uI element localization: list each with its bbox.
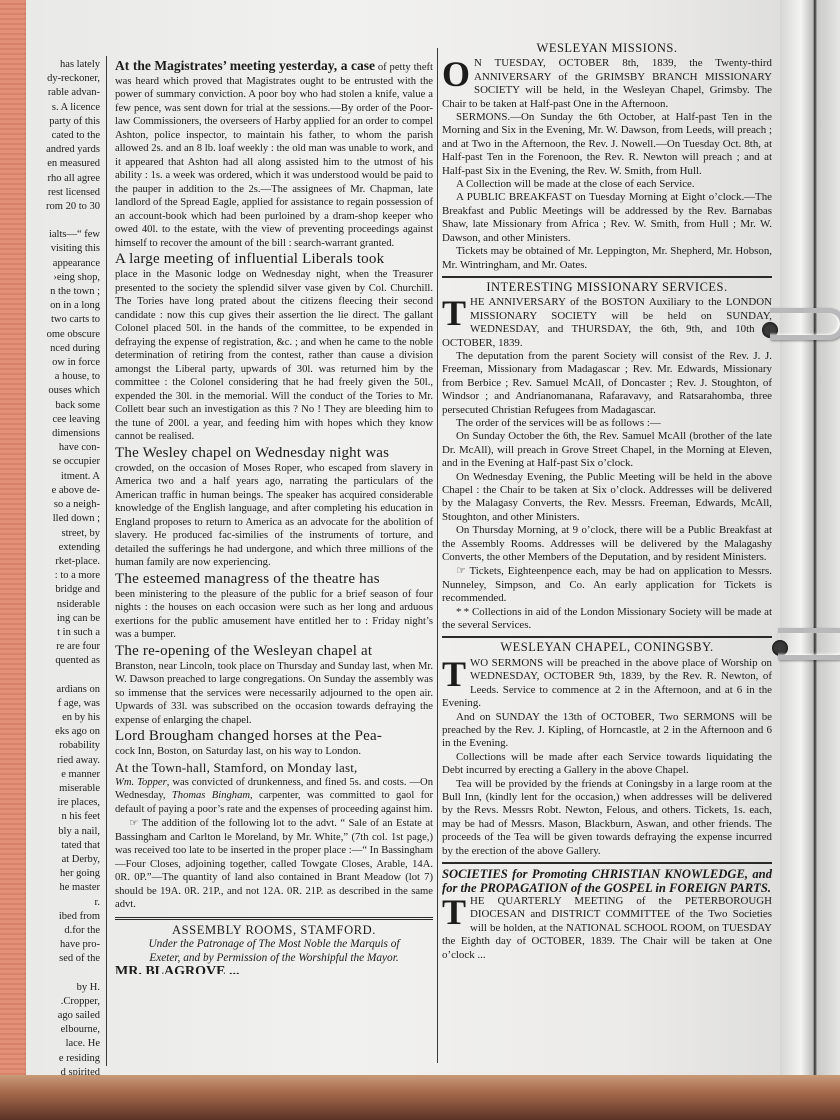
binder-ring [778,628,840,660]
article-theatre: The esteemed managress of the theatre ha… [115,571,433,642]
column-1-line: tated that [30,839,100,853]
column-1-line: extending [30,541,100,555]
desk-surface [0,1075,840,1120]
article-brougham: Lord Brougham changed horses at the Pea-… [115,728,433,759]
article-addition: ☞ The addition of the following lot to t… [115,817,433,912]
column-1-line: have con- [30,441,100,455]
article-body: crowded, on the occasion of Moses Roper,… [115,463,433,569]
column-1-line: ried away. [30,754,100,768]
ad-heading: INTERESTING MISSIONARY SERVICES. [442,281,772,294]
column-1-line: sed of the [30,952,100,966]
article-body: been ministering to the pleasure of the … [115,589,433,641]
drop-cap: T [442,897,466,927]
column-1-line: by H. [30,981,100,995]
column-1-line: t in such a [30,626,100,640]
ad-paragraph: Tickets may be obtained of Mr. Leppingto… [442,245,772,272]
column-1-line: lled down ; [30,512,100,526]
column-1-line: street, by [30,527,100,541]
column-1-line: ouses which [30,384,100,398]
drop-cap: O [442,59,470,89]
column-1-line: robability [30,739,100,753]
column-1-line: ing can be [30,612,100,626]
column-divider [437,48,438,1063]
binder-sleeve-edge [780,0,840,1085]
column-1-line: her going [30,867,100,881]
assembly-rooms-permission: Exeter, and by Permission of the Worship… [115,951,433,965]
column-divider [106,56,107,1066]
column-1-line: d.for the [30,924,100,938]
column-1-line: andred yards [30,143,100,157]
person-name: Wm. Topper [115,777,167,788]
drop-cap: T [442,298,466,328]
ad-paragraph: Tickets, Eighteenpence each, may be had … [442,565,772,604]
pointing-hand-icon: ☞ [129,817,139,829]
section-divider [442,276,772,278]
article-lead: The Wesley chapel on Wednesday night was [115,445,433,462]
column-1-line: itment. A [30,470,100,484]
ad-paragraph: * * Collections in aid of the London Mis… [442,606,772,633]
article-body: place in the Masonic lodge on Wednesday … [115,269,433,442]
column-1-line: ardians on [30,683,100,697]
article-body: Branston, near Lincoln, took place on Th… [115,661,433,726]
column-1-top-lines: has latelydy-reckoner,rable advan-s. A l… [30,58,100,214]
ad-paragraph: The deputation from the parent Society w… [442,350,772,417]
binder-ring [770,308,840,340]
article-body: of petty theft was heard which proved th… [115,62,433,249]
column-1-line: ›eing shop, [30,271,100,285]
ad-heading: WESLEYAN MISSIONS. [442,42,772,55]
assembly-rooms-patronage: Under the Patronage of The Most Noble th… [115,937,433,951]
article-lead: At the Town-hall, Stamford, on Monday la… [115,760,433,776]
article-liberals: A large meeting of influential Liberals … [115,251,433,444]
column-1-line: quented as [30,654,100,668]
article-reopening: The re-opening of the Wesleyan chapel at… [115,643,433,728]
ad-paragraph: A PUBLIC BREAKFAST on Tuesday Morning at… [442,191,772,245]
section-divider [442,862,772,864]
section-divider [442,636,772,638]
pointing-hand-icon: ☞ [456,564,466,577]
ad-paragraph: HE QUARTERLY MEETING of the PETERBOROUGH… [442,895,772,961]
ad-paragraph: HE ANNIVERSARY of the BOSTON Auxiliary t… [442,296,772,348]
column-1-line: two carts to [30,313,100,327]
column-1-line: f age, was [30,697,100,711]
column-1-lower-lines: ardians onf age, wasen by hiseks ago onr… [30,683,100,967]
column-1-line: he master [30,881,100,895]
column-1-line: nced during [30,342,100,356]
column-1-line: ire places, [30,796,100,810]
column-1-line: n his feet [30,810,100,824]
assembly-rooms-heading: ASSEMBLY ROOMS, STAMFORD. [115,924,433,938]
article-lead: A large meeting of influential Liberals … [115,251,433,268]
column-1-line: en measured [30,157,100,171]
article-lead: Lord Brougham changed horses at the Pea- [115,728,433,745]
column-1-line: a house, to [30,370,100,384]
column-1-line: back some [30,399,100,413]
column-1-line: so a neigh- [30,498,100,512]
column-1-line: elbourne, [30,1023,100,1037]
column-1-line: re are four [30,640,100,654]
column-1-line: rho all agree [30,172,100,186]
column-1-line: at Derby, [30,853,100,867]
column-1-line: have pro- [30,938,100,952]
column-1-line: rable advan- [30,86,100,100]
article-wesley-chapel: The Wesley chapel on Wednesday night was… [115,445,433,570]
column-1-line: ago sailed [30,1009,100,1023]
ad-paragraph: On Sunday October the 6th, the Rev. Samu… [442,430,772,470]
ad-coningsby: WESLEYAN CHAPEL, CONINGSBY. TWO SERMONS … [442,641,772,858]
column-1-line: ome obscure [30,328,100,342]
ad-paragraph: And on SUNDAY the 13th of OCTOBER, Two S… [442,711,772,751]
column-2: At the Magistrates’ meeting yesterday, a… [115,58,433,974]
ad-heading: WESLEYAN CHAPEL, CONINGSBY. [442,641,772,654]
column-1-line: e above de- [30,484,100,498]
drop-cap: T [442,659,466,689]
column-1-line: ow in force [30,356,100,370]
column-1-line: r. [30,896,100,910]
column-1-line: bridge and [30,583,100,597]
ad-paragraph: On Wednesday Evening, the Public Meeting… [442,471,772,525]
column-1-line: bly a nail, [30,825,100,839]
column-1-line: en by his [30,711,100,725]
article-lead: The re-opening of the Wesleyan chapel at [115,643,433,660]
column-1-line: n the town ; [30,285,100,299]
column-1-line: has lately [30,58,100,72]
column-1-line: ibed from [30,910,100,924]
column-1-line: dimensions [30,427,100,441]
column-1-fragment: has latelydy-reckoner,rable advan-s. A l… [30,58,100,1108]
column-3: WESLEYAN MISSIONS. ON TUESDAY, OCTOBER 8… [442,40,772,962]
column-1-line: rest licensed [30,186,100,200]
article-magistrates: At the Magistrates’ meeting yesterday, a… [115,58,433,250]
column-1-line: rket-place. [30,555,100,569]
ad-paragraph: Collections will be made after each Serv… [442,751,772,778]
column-1-line: party of this [30,115,100,129]
column-1-line: e residing [30,1052,100,1066]
ad-societies: SOCIETIES for Promoting CHRISTIAN KNOWLE… [442,867,772,962]
ad-paragraph: On Thursday Morning, at 9 o’clock, there… [442,524,772,564]
person-name: Thomas Bingham [172,790,250,801]
column-1-line: cated to the [30,129,100,143]
assembly-rooms-cut-line: MR. BLAGROVE ... [115,965,433,974]
ad-paragraph: WO SERMONS will be preached in the above… [442,657,772,709]
ad-paragraph: N TUESDAY, OCTOBER 8th, 1839, the Twenty… [442,57,772,109]
ad-paragraph: Tea will be provided by the friends at C… [442,778,772,858]
column-1-line: e manner [30,768,100,782]
column-1-line: se occupier [30,455,100,469]
column-1-line: ialts—“ few [30,228,100,242]
article-lead: At the Magistrates’ meeting yesterday, a… [115,58,375,73]
ad-heading: SOCIETIES for Promoting CHRISTIAN KNOWLE… [442,867,772,895]
column-1-line: eks ago on [30,725,100,739]
column-1-line: s. A licence [30,101,100,115]
article-body: cock Inn, Boston, on Saturday last, on h… [115,746,361,757]
column-1-line: rom 20 to 30 [30,200,100,214]
column-1-line: .Cropper, [30,995,100,1009]
column-1-line: on in a long [30,299,100,313]
article-body: The addition of the following lot to the… [115,818,433,910]
column-1-line: visiting this [30,242,100,256]
ad-paragraph: The order of the services will be as fol… [442,417,772,430]
section-divider [115,917,433,920]
column-1-line: dy-reckoner, [30,72,100,86]
ad-paragraph: SERMONS.—On Sunday the 6th October, at H… [442,111,772,178]
article-town-hall: At the Town-hall, Stamford, on Monday la… [115,760,433,817]
column-1-line: appearance [30,257,100,271]
column-1-middle-lines: ialts—“ fewvisiting thisappearance›eing … [30,228,100,668]
column-1-line: miserable [30,782,100,796]
article-lead: The esteemed managress of the theatre ha… [115,571,433,588]
ad-interesting-missionary-services: INTERESTING MISSIONARY SERVICES. THE ANN… [442,281,772,633]
ad-paragraph: A Collection will be made at the close o… [442,178,772,191]
column-1-line: : to a more [30,569,100,583]
column-1-line: cee leaving [30,413,100,427]
column-1-line: nsiderable [30,598,100,612]
ad-wesleyan-missions: WESLEYAN MISSIONS. ON TUESDAY, OCTOBER 8… [442,42,772,272]
column-1-line: lace. He [30,1037,100,1051]
